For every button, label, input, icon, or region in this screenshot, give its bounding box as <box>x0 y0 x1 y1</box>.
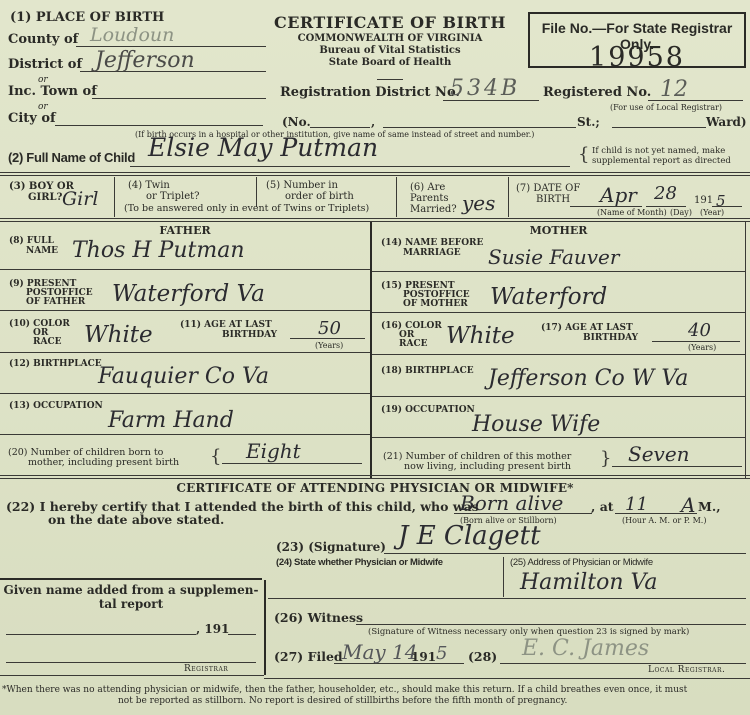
not-named-note: If child is not yet named, make <box>592 147 725 156</box>
file-number-box: File No.—For State Registrar Only. 19958 <box>528 12 746 68</box>
father-birthplace-label: (12) BIRTHPLACE <box>9 358 102 370</box>
address-label: (25) Address of Physician or Midwife <box>510 557 653 568</box>
physician-heading: CERTIFICATE OF ATTENDING PHYSICIAN OR MI… <box>0 481 750 495</box>
registered-no-field[interactable]: 12 <box>660 79 688 101</box>
married-label: (6) Are <box>410 183 445 193</box>
county-field[interactable]: Loudoun <box>90 24 174 46</box>
child-name-label: (2) Full Name of Child <box>8 150 135 165</box>
mother-postoffice-field[interactable]: Waterford <box>490 286 607 308</box>
father-occupation-field[interactable]: Farm Hand <box>108 410 234 432</box>
father-occupation-label: (13) OCCUPATION <box>9 400 103 412</box>
father-name-field[interactable]: Thos H Putman <box>72 240 245 262</box>
county-label: County of <box>8 34 78 46</box>
board-subtitle: State Board of Health <box>270 57 510 69</box>
children-living-field[interactable]: Seven <box>628 443 690 465</box>
mother-color-field[interactable]: White <box>446 325 515 347</box>
mother-heading: MOTHER <box>372 225 745 237</box>
registrar-number-label: (28) <box>468 651 497 663</box>
witness-label: (26) Witness <box>274 612 363 624</box>
father-birthplace-field[interactable]: Fauquier Co Va <box>98 366 269 388</box>
mother-name-field[interactable]: Susie Fauver <box>488 246 619 268</box>
supplemental-registrar-label: Registrar <box>184 665 228 674</box>
dob-month-field[interactable]: Apr <box>600 184 637 206</box>
district-field[interactable]: Jefferson <box>95 50 195 72</box>
inc-town-label: Inc. Town of <box>8 86 97 98</box>
dob-label: (7) DATE OF <box>516 184 580 194</box>
filed-year-field[interactable]: 5 <box>436 643 447 665</box>
twin-label: (4) Twin <box>128 181 170 191</box>
local-registrar-signature-field[interactable]: E. C. James <box>522 638 649 660</box>
mother-occupation-label: (19) OCCUPATION <box>381 404 475 416</box>
no-label: (No. <box>282 116 311 128</box>
place-of-birth-label: (1) PLACE OF BIRTH <box>10 12 164 24</box>
city-label: City of <box>8 113 56 125</box>
not-named-note: supplemental report as directed <box>592 157 731 166</box>
local-registrar-note: (For use of Local Registrar) <box>610 103 722 112</box>
st-label: St.; <box>577 116 600 128</box>
dob-day-field[interactable]: 28 <box>654 183 677 205</box>
birth-certificate: (1) PLACE OF BIRTH County of Loudoun Dis… <box>0 0 750 715</box>
child-name-field[interactable]: Elsie May Putman <box>148 137 378 159</box>
registered-no-label: Registered No. <box>543 87 651 99</box>
local-registrar-label: Local Registrar. <box>648 666 725 675</box>
hour-field[interactable]: 11 <box>625 494 648 516</box>
signature-label: (23) (Signature) <box>276 540 386 554</box>
registration-district-label: Registration District No. <box>280 87 460 99</box>
commonwealth-subtitle: COMMONWEALTH OF VIRGINIA <box>270 33 510 45</box>
district-label: District of <box>8 59 82 71</box>
father-heading: FATHER <box>0 225 370 237</box>
page-title: CERTIFICATE OF BIRTH <box>270 13 510 32</box>
married-field[interactable]: yes <box>462 192 495 214</box>
born-status-field[interactable]: Born alive <box>460 492 563 514</box>
registration-district-field[interactable]: 534B <box>450 78 520 100</box>
father-color-field[interactable]: White <box>84 324 153 346</box>
bureau-subtitle: Bureau of Vital Statistics <box>270 45 510 57</box>
father-postoffice-field[interactable]: Waterford Va <box>112 283 265 305</box>
physician-signature-field[interactable]: J E Clagett <box>398 525 541 547</box>
twins-note: (To be answered only in event of Twins o… <box>124 204 369 214</box>
state-physician-label: (24) State whether Physician or Midwife <box>276 557 443 568</box>
physician-address-field[interactable]: Hamilton Va <box>520 572 657 594</box>
mother-age-field[interactable]: 40 <box>688 320 711 342</box>
father-age-field[interactable]: 50 <box>318 318 341 340</box>
supplemental-title: Given name added from a supplemen- <box>0 584 262 596</box>
dob-year-prefix: 191 <box>694 196 713 206</box>
filed-date-field[interactable]: May 14 <box>342 641 418 663</box>
footnote: *When there was no attending physician o… <box>2 685 687 695</box>
children-born-field[interactable]: Eight <box>246 440 301 462</box>
order-label: (5) Number in <box>266 181 338 191</box>
mother-birthplace-field[interactable]: Jefferson Co W Va <box>488 368 688 390</box>
supplemental-date-label: , 191 <box>196 623 229 635</box>
ampm-field[interactable]: A <box>681 494 695 516</box>
filed-label: (27) Filed <box>274 651 343 663</box>
mother-occupation-field[interactable]: House Wife <box>472 414 600 436</box>
ward-label: Ward) <box>706 116 747 128</box>
mother-birthplace-label: (18) BIRTHPLACE <box>381 365 474 377</box>
file-number: 19958 <box>530 42 744 73</box>
sex-field[interactable]: Girl <box>62 188 98 210</box>
